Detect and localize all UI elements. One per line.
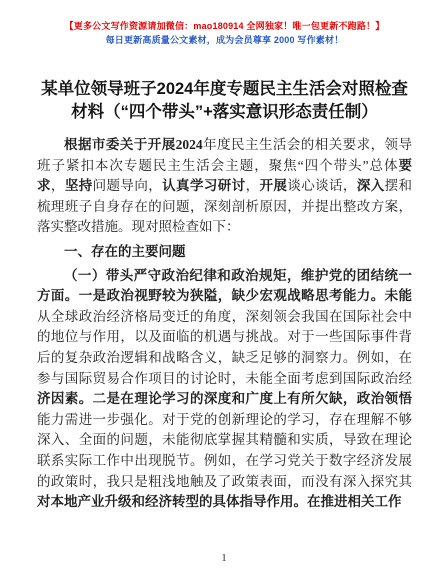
promo-line-blue: 每日更新高质量公文素材，成为会员尊享 2000 写作素材！	[37, 34, 412, 47]
paragraph-intro: 根据市委关于开展2024年度民主生活会的相关要求，领导班子紧扣本次专题民主生活会…	[37, 135, 412, 238]
page-number: 1	[0, 552, 448, 564]
document-title: 某单位领导班子2024年度专题民主生活会对照检查材料（“四个带头”+落实意识形态…	[37, 78, 412, 124]
promo-header: 【更多公文写作资源请加微信：mao180914 全网独家！唯一包更新不跑路！】 …	[37, 20, 412, 47]
document-body: 根据市委关于开展2024年度民主生活会的相关要求，领导班子紧扣本次专题民主生活会…	[37, 135, 412, 513]
paragraph-issue-1: （一）带头严守政治纪律和政治规矩，维护党的团结统一方面。一是政治视野较为狭隘，缺…	[37, 266, 412, 513]
document-page: 【更多公文写作资源请加微信：mao180914 全网独家！唯一包更新不跑路！】 …	[0, 0, 448, 580]
section-heading-problems: 一、存在的主要问题	[37, 242, 412, 263]
promo-line-red: 【更多公文写作资源请加微信：mao180914 全网独家！唯一包更新不跑路！】	[37, 20, 412, 33]
